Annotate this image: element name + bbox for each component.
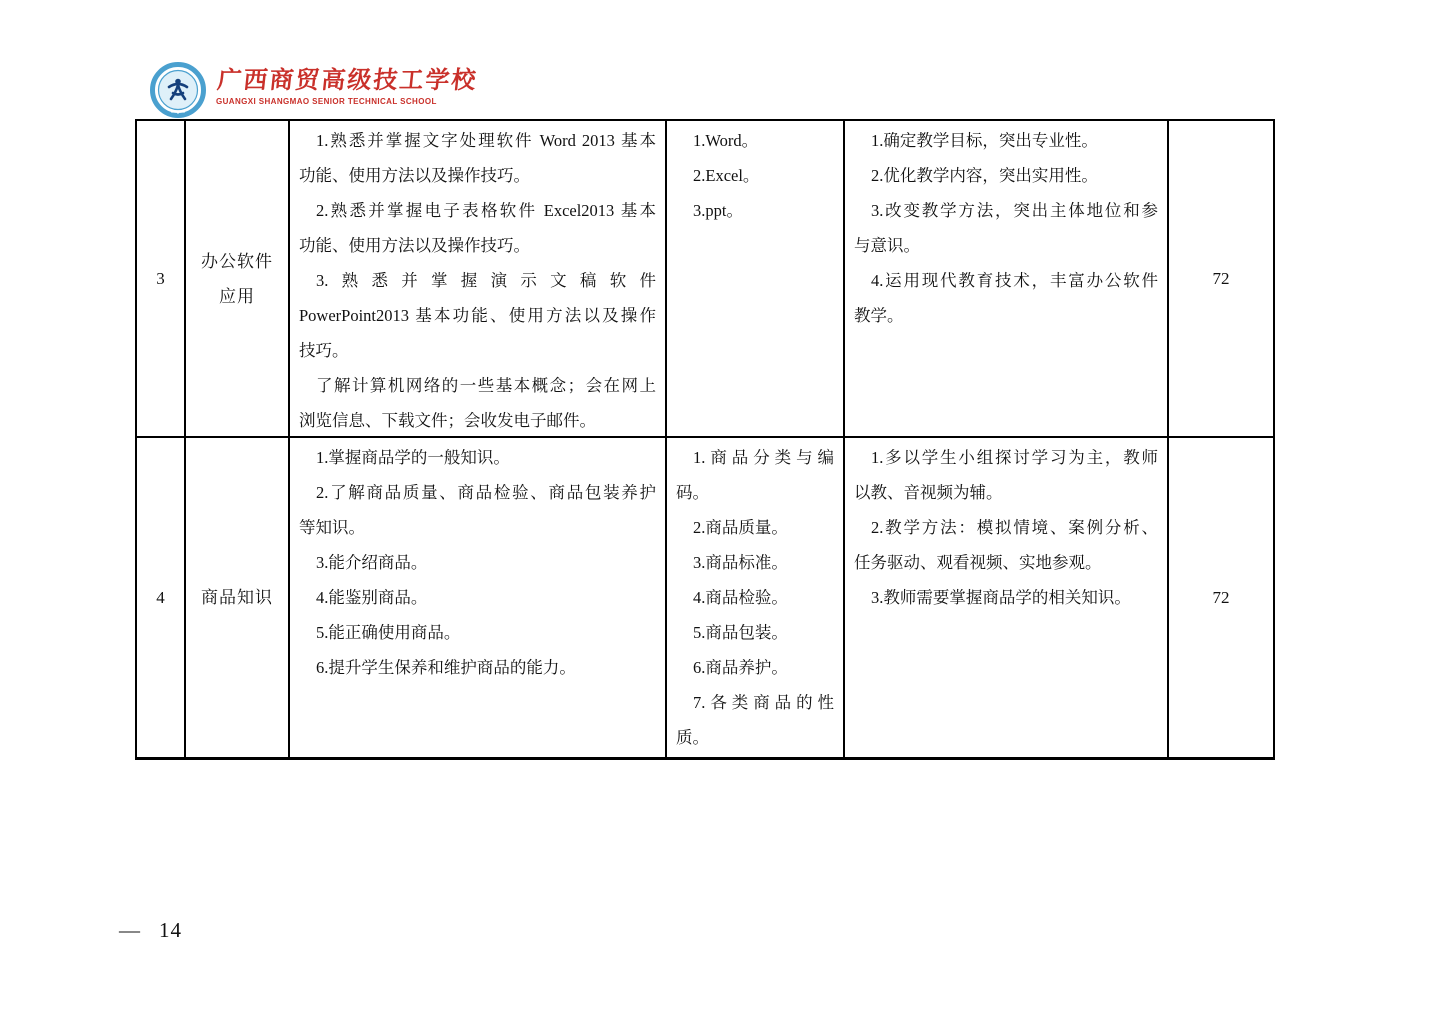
course-name-cell: 商品知识 [186, 438, 290, 757]
page-number-value: 14 [159, 918, 182, 942]
text-line: 6.提升学生保养和维护商品的能力。 [299, 650, 656, 685]
text-line: 4.商品检验。 [676, 580, 834, 615]
text-line: 与意识。 [854, 228, 1158, 263]
course-name-cell: 办公软件应用 [186, 121, 290, 438]
teaching-content-cell: 1.熟悉并掌握文字处理软件 Word 2013 基本功能、使用方法以及操作技巧。… [290, 121, 667, 438]
text-line: 以教、音视频为辅。 [854, 475, 1158, 510]
text-line: 教学。 [854, 298, 1158, 333]
text-line: 5.能正确使用商品。 [299, 615, 656, 650]
row-index: 3 [156, 269, 165, 289]
document-page: 广西商贸高级技工学校 GUANGXI SHANGMAO SENIOR TECHN… [0, 0, 1439, 1026]
row-index: 4 [156, 588, 165, 608]
text-line: 6.商品养护。 [676, 650, 834, 685]
text-line: 3.ppt。 [676, 193, 834, 228]
school-name-en: GUANGXI SHANGMAO SENIOR TECHNICAL SCHOOL [216, 97, 476, 106]
text-line: 1.多以学生小组探讨学习为主，教师 [854, 440, 1158, 475]
row-index-cell: 3 [137, 121, 186, 438]
text-line: 浏览信息、下载文件；会收发电子邮件。 [299, 403, 656, 438]
course-items-cell: 1.商品分类与编码。2.商品质量。3.商品标准。4.商品检验。5.商品包装。6.… [667, 438, 845, 757]
text-line: 2.Excel。 [676, 158, 834, 193]
text-line: 1.确定教学目标，突出专业性。 [854, 123, 1158, 158]
page-number-dash: — [119, 918, 141, 942]
course-name-line: 商品知识 [201, 580, 273, 615]
text-line: 2.教学方法：模拟情境、案例分析、 [854, 510, 1158, 545]
text-line: 了解计算机网络的一些基本概念；会在网上 [299, 368, 656, 403]
teaching-methods-cell: 1.多以学生小组探讨学习为主，教师以教、音视频为辅。2.教学方法：模拟情境、案例… [845, 438, 1169, 757]
text-line: 2.熟悉并掌握电子表格软件 Excel2013 基本 [299, 193, 656, 228]
teaching-methods-cell: 1.确定教学目标，突出专业性。2.优化教学内容，突出实用性。3.改变教学方法，突… [845, 121, 1169, 438]
hours-cell: 72 [1169, 438, 1273, 757]
text-line: 码。 [676, 475, 834, 510]
hours-value: 72 [1213, 269, 1230, 289]
course-items-cell: 1.Word。2.Excel。3.ppt。 [667, 121, 845, 438]
text-line: 功能、使用方法以及操作技巧。 [299, 158, 656, 193]
text-line: 质。 [676, 720, 834, 755]
text-line: 5.商品包装。 [676, 615, 834, 650]
school-name-cn: 广西商贸高级技工学校 [216, 68, 479, 94]
letterhead: 广西商贸高级技工学校 GUANGXI SHANGMAO SENIOR TECHN… [150, 62, 476, 120]
text-line: 2.商品质量。 [676, 510, 834, 545]
text-line: PowerPoint2013 基本功能、使用方法以及操作 [299, 298, 656, 333]
hours-value: 72 [1213, 588, 1230, 608]
text-line: 4.运用现代教育技术，丰富办公软件 [854, 263, 1158, 298]
text-line: 3.商品标准。 [676, 545, 834, 580]
course-name-line: 办公软件 [201, 244, 273, 279]
text-line: 1.Word。 [676, 123, 834, 158]
text-line: 等知识。 [299, 510, 656, 545]
text-line: 3.教师需要掌握商品学的相关知识。 [854, 580, 1158, 615]
hours-cell: 72 [1169, 121, 1273, 438]
text-line: 技巧。 [299, 333, 656, 368]
text-line: 3.熟悉并掌握演示文稿软件 [299, 263, 656, 298]
teaching-content-cell: 1.掌握商品学的一般知识。2.了解商品质量、商品检验、商品包装养护等知识。3.能… [290, 438, 667, 757]
text-line: 4.能鉴别商品。 [299, 580, 656, 615]
text-line: 3.能介绍商品。 [299, 545, 656, 580]
text-line: 2.优化教学内容，突出实用性。 [854, 158, 1158, 193]
text-line: 3.改变教学方法，突出主体地位和参 [854, 193, 1158, 228]
course-name-line: 应用 [219, 279, 255, 314]
text-line: 功能、使用方法以及操作技巧。 [299, 228, 656, 263]
text-line: 7.各类商品的性 [676, 685, 834, 720]
text-line: 1.熟悉并掌握文字处理软件 Word 2013 基本 [299, 123, 656, 158]
school-name-block: 广西商贸高级技工学校 GUANGXI SHANGMAO SENIOR TECHN… [216, 62, 476, 106]
school-logo-icon [150, 62, 206, 118]
text-line: 2.了解商品质量、商品检验、商品包装养护 [299, 475, 656, 510]
text-line: 1.商品分类与编 [676, 440, 834, 475]
text-line: 任务驱动、观看视频、实地参观。 [854, 545, 1158, 580]
row-index-cell: 4 [137, 438, 186, 757]
text-line: 1.掌握商品学的一般知识。 [299, 440, 656, 475]
course-table: 3办公软件应用1.熟悉并掌握文字处理软件 Word 2013 基本功能、使用方法… [135, 119, 1275, 760]
page-number: —14 [119, 918, 182, 943]
